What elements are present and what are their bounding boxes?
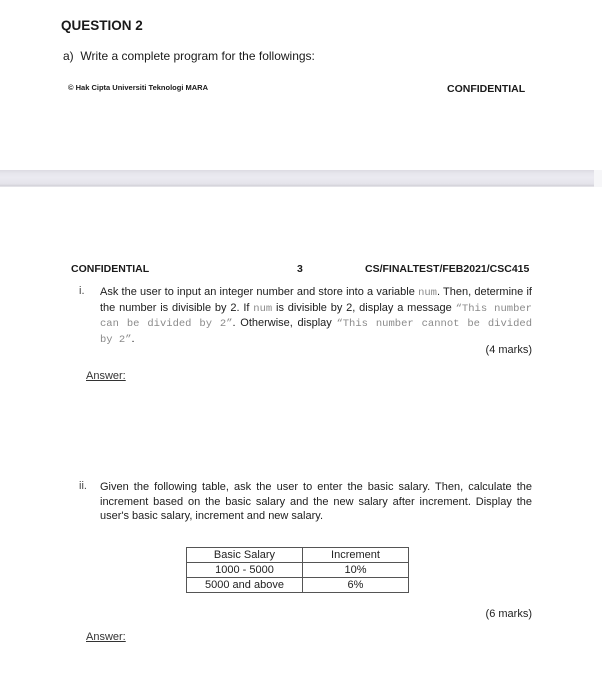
table-cell: 1000 - 5000 — [187, 563, 303, 578]
header-course-code: CS/FINALTEST/FEB2021/CSC415 — [365, 263, 529, 275]
table-cell: 5000 and above — [187, 578, 303, 593]
table-header-row: Basic Salary Increment — [187, 548, 409, 563]
salary-increment-table: Basic Salary Increment 1000 - 5000 10% 5… — [186, 547, 409, 593]
question-i-text: Ask the user to input an integer number … — [100, 285, 532, 347]
table-header-cell: Increment — [303, 548, 409, 563]
table-cell: 10% — [303, 563, 409, 578]
question-ii-marks: (6 marks) — [486, 608, 532, 620]
question-title: QUESTION 2 — [61, 18, 143, 33]
table-cell: 6% — [303, 578, 409, 593]
question-ii-text: Given the following table, ask the user … — [100, 480, 532, 524]
footer-confidential: CONFIDENTIAL — [447, 83, 525, 95]
question-ii-numeral: ii. — [79, 480, 87, 492]
footer-copyright: © Hak Cipta Universiti Teknologi MARA — [68, 83, 208, 92]
table-row: 1000 - 5000 10% — [187, 563, 409, 578]
table-row: 5000 and above 6% — [187, 578, 409, 593]
code-num: num — [253, 303, 272, 315]
table-header-cell: Basic Salary — [187, 548, 303, 563]
question-i-answer-label: Answer: — [86, 370, 126, 382]
header-page-number: 3 — [297, 263, 303, 275]
code-num: num — [418, 287, 437, 299]
question-i-marks: (4 marks) — [486, 344, 532, 356]
header-confidential: CONFIDENTIAL — [71, 263, 149, 275]
page-break-separator — [0, 170, 602, 187]
question-i-numeral: i. — [79, 285, 85, 297]
question-ii-answer-label: Answer: — [86, 631, 126, 643]
sub-question-a: a) Write a complete program for the foll… — [63, 49, 315, 63]
